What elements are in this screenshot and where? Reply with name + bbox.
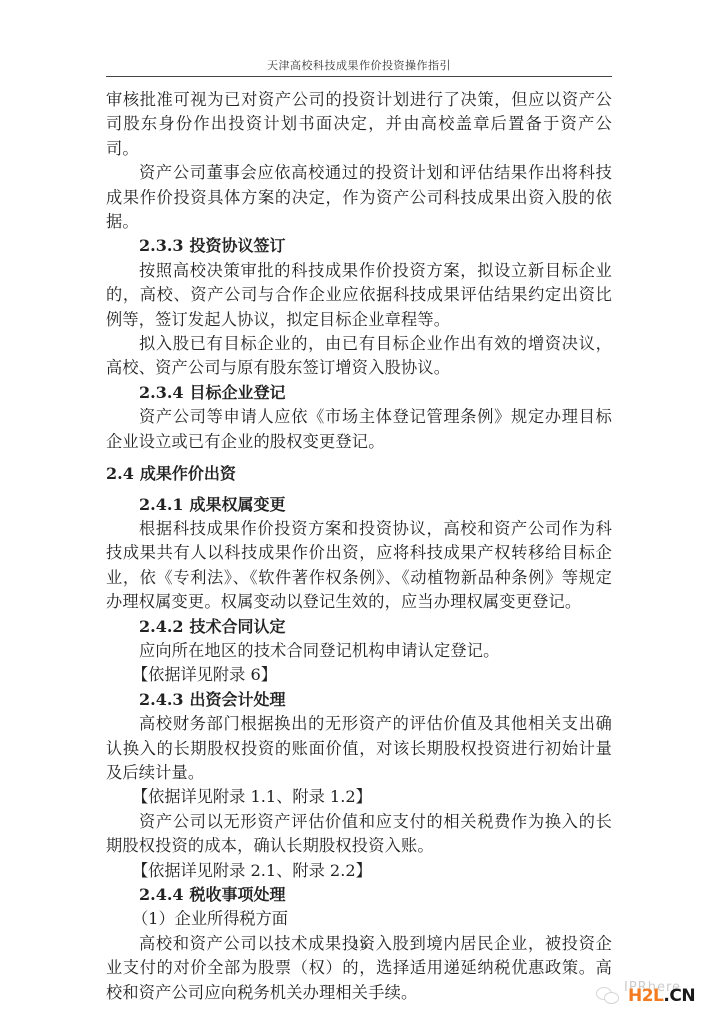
paragraph: 资产公司董事会应依高校通过的投资计划和评估结果作出将科技成果作价投资具体方案的决… xyxy=(106,161,612,234)
running-header: 天津高校科技成果作价投资操作指引 xyxy=(106,57,612,73)
section-title: 税收事项处理 xyxy=(190,885,286,904)
brand-cn: .CN xyxy=(663,986,695,1006)
paragraph: 审核批准可视为已对资产公司的投资计划进行了决策，但应以资产公司股东身份作出投资计… xyxy=(106,88,612,161)
reference-note: 【依据详见附录 1.1、附录 1.2】 xyxy=(106,785,612,809)
paragraph: 资产公司以无形资产评估价值和应支付的相关税费作为换入的长期股权投资的成本，确认长… xyxy=(106,810,612,859)
wechat-icon xyxy=(596,987,620,1005)
paragraph: 高校财务部门根据换出的无形资产的评估价值及其他相关支出确认换入的长期股权投资的账… xyxy=(106,712,612,785)
section-title: 出资会计处理 xyxy=(190,690,286,709)
section-number: 2.4.4 xyxy=(139,885,184,904)
page-number: 13 xyxy=(340,938,380,951)
brand-h2l: H2L xyxy=(628,986,663,1006)
reference-note: 【依据详见附录 2.1、附录 2.2】 xyxy=(106,859,612,883)
section-heading-2-4: 2.4成果作价出资 xyxy=(106,462,612,486)
section-heading-2-3-3: 2.3.3投资协议签订 xyxy=(106,234,612,258)
section-title: 成果作价出资 xyxy=(140,464,236,483)
paragraph: 应向所在地区的技术合同登记机构申请认定登记。 xyxy=(106,639,612,663)
section-heading-2-4-1: 2.4.1成果权属变更 xyxy=(106,493,612,517)
section-number: 2.4.3 xyxy=(139,690,184,709)
header-divider xyxy=(106,76,612,77)
reference-note: 【依据详见附录 6】 xyxy=(106,663,612,687)
section-number: 2.3.4 xyxy=(139,383,184,402)
section-heading-2-3-4: 2.3.4目标企业登记 xyxy=(106,381,612,405)
document-body: 审核批准可视为已对资产公司的投资计划进行了决策，但应以资产公司股东身份作出投资计… xyxy=(106,88,612,1005)
section-heading-2-4-2: 2.4.2技术合同认定 xyxy=(106,615,612,639)
section-number: 2.3.3 xyxy=(139,236,184,255)
section-title: 目标企业登记 xyxy=(190,383,286,402)
paragraph: 资产公司等申请人应依《市场主体登记管理条例》规定办理目标企业设立或已有企业的股权… xyxy=(106,405,612,454)
section-title: 投资协议签订 xyxy=(190,236,286,255)
paragraph: 根据科技成果作价投资方案和投资协议，高校和资产公司作为科技成果共有人以科技成果作… xyxy=(106,517,612,615)
section-title: 技术合同认定 xyxy=(190,617,286,636)
paragraph: 拟入股已有目标企业的，由已有目标企业作出有效的增资决议，高校、资产公司与原有股东… xyxy=(106,332,612,381)
paragraph: 按照高校决策审批的科技成果作价投资方案，拟设立新目标企业的，高校、资产公司与合作… xyxy=(106,259,612,332)
document-page: 天津高校科技成果作价投资操作指引 审核批准可视为已对资产公司的投资计划进行了决策… xyxy=(0,0,720,1018)
list-item: （1）企业所得税方面 xyxy=(106,907,612,931)
section-number: 2.4.2 xyxy=(139,617,184,636)
section-heading-2-4-3: 2.4.3出资会计处理 xyxy=(106,688,612,712)
watermark-brand: H2L.CN xyxy=(628,986,695,1006)
section-title: 成果权属变更 xyxy=(190,495,286,514)
section-number: 2.4.1 xyxy=(139,495,184,514)
watermark: IPRhere H2L.CN xyxy=(596,983,695,1009)
section-number: 2.4 xyxy=(106,464,134,483)
section-heading-2-4-4: 2.4.4税收事项处理 xyxy=(106,883,612,907)
